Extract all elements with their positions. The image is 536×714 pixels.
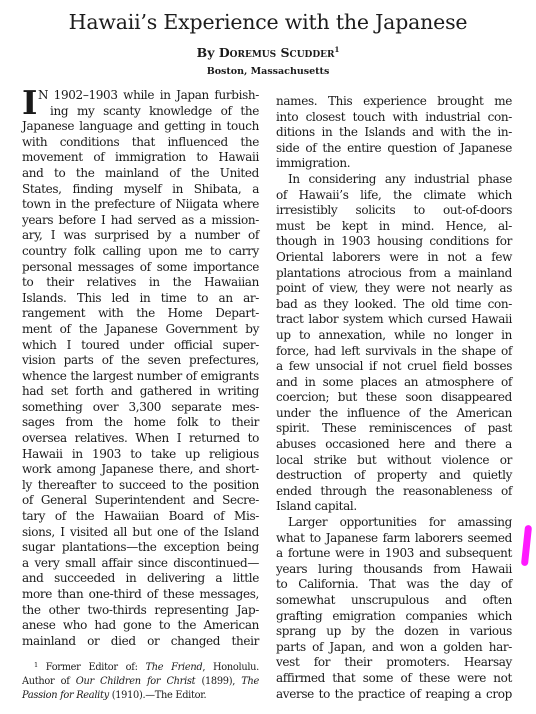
text-line: States, finding myself in Shibata, a: [22, 182, 259, 198]
text-line: whence the largest number of emigrants: [22, 369, 259, 385]
author-name: Doremus Scudder: [219, 45, 335, 60]
text-line: a few unsocial if not cruel field bosses: [276, 359, 512, 375]
text-line: ary, I was surprised by a number of: [22, 228, 259, 244]
highlighter-mark: [521, 525, 532, 567]
text-line: immigration.: [276, 156, 512, 172]
text-line: mainland or died or changed their: [22, 634, 259, 650]
text-line: grafting emigration companies which: [276, 609, 512, 625]
text-line: Oriental laborers were in not a few: [276, 250, 512, 266]
text-line: spirit. These reminiscences of past: [276, 421, 512, 437]
footnote-text: Former Editor of:: [46, 662, 146, 673]
footnote-text: Author of: [22, 676, 76, 687]
text-line: abuses occasioned here and there a: [276, 437, 512, 453]
text-line: sages from the home folk to their: [22, 415, 259, 431]
text-line: sprang up by the dozen in various: [276, 624, 512, 640]
footnote: 1 Former Editor of: The Friend, Honolulu…: [22, 658, 259, 703]
text-line: ly thereafter to succeed to the position: [22, 478, 259, 494]
text-line: with conditions that influenced the: [22, 135, 259, 151]
text-line: country folk calling upon me to carry: [22, 244, 259, 260]
text-line: vision parts of the seven prefectures,: [22, 353, 259, 369]
text-line: tary of the Hawaiian Board of Mis-: [22, 509, 259, 525]
text-line: point of view, they were not nearly as: [276, 281, 512, 297]
text-line: names. This experience brought me: [276, 94, 512, 110]
footnote-text: , Honolulu.: [202, 662, 259, 673]
text-line: must be kept in mind. Hence, al-: [276, 219, 512, 235]
text-line: into closest touch with industrial con-: [276, 110, 512, 126]
text-line: a very small affair since discontinued—: [22, 556, 259, 572]
text-line: up to annexation, while no longer in: [276, 328, 512, 344]
text-line: movement of immigration to Hawaii: [22, 150, 259, 166]
text-line: destruction of property and quietly: [276, 468, 512, 484]
author-footnote-mark: 1: [335, 45, 340, 54]
text-line: years luring thousands from Hawaii: [276, 562, 512, 578]
text-line: side of the entire question of Japanese: [276, 141, 512, 157]
text-line: and to the mainland of the United: [22, 166, 259, 182]
text-line: Hawaii in 1903 to take up religious: [22, 447, 259, 463]
publication-title: The Friend: [145, 662, 202, 673]
author-location: Boston, Massachusetts: [0, 66, 536, 77]
text-line: the other two-thirds representing Jap-: [22, 603, 259, 619]
text-line: local strike but without violence or: [276, 453, 512, 469]
text-line: parts of Japan, and won a golden har-: [276, 640, 512, 656]
text-line: tract labor system which cursed Hawaii: [276, 312, 512, 328]
text-line: affirmed that some of these were not: [276, 671, 512, 687]
text-line: what to Japanese farm laborers seemed: [276, 531, 512, 547]
article-title: Hawaii’s Experience with the Japanese: [0, 10, 536, 34]
text-line: Larger opportunities for amassing: [276, 515, 512, 531]
text-line: Islands. This led in time to an ar-: [22, 291, 259, 307]
text-line: which I toured under official super-: [22, 338, 259, 354]
text-line: ing my scanty knowledge of the: [22, 104, 259, 120]
text-line: and succeeded in delivering a little: [22, 571, 259, 587]
text-line: and in some places an atmosphere of: [276, 375, 512, 391]
text-line: oversea relatives. When I returned to: [22, 431, 259, 447]
footnote-text: (1899),: [195, 676, 241, 687]
byline-prefix: By: [197, 45, 215, 60]
text-line: force, had left survivals in the shape o…: [276, 344, 512, 360]
text-line: something over 3,300 separate mes-: [22, 400, 259, 416]
left-column: N 1902–1903 while in Japan furbish- ing …: [22, 88, 259, 649]
footnote-line: 1 Former Editor of: The Friend, Honolulu…: [22, 658, 259, 675]
text-line: more than one-third of these messages,: [22, 587, 259, 603]
text-line: somewhat unscrupulous and often: [276, 593, 512, 609]
text-line: Island capital.: [276, 499, 512, 515]
text-line: Japanese language and getting in touch: [22, 119, 259, 135]
text-line: ended through the reasonableness of: [276, 484, 512, 500]
text-line: ditions in the Islands and with the in-: [276, 125, 512, 141]
text-line: under the influence of the American: [276, 406, 512, 422]
text-line: town in the prefecture of Niigata where: [22, 197, 259, 213]
text-line: plantations atrocious from a mainland: [276, 266, 512, 282]
text-line: rangement with the Home Depart-: [22, 306, 259, 322]
right-column: names. This experience brought me into c…: [276, 94, 512, 702]
footnote-line: Author of Our Children for Christ (1899)…: [22, 675, 259, 689]
text-line: had set forth and gathered in writing: [22, 384, 259, 400]
text-line: to their relatives in the Hawaiian: [22, 275, 259, 291]
text-line: of General Superintendent and Secre-: [22, 493, 259, 509]
text-line: a fortune were in 1903 and subsequent: [276, 546, 512, 562]
text-line: sions, I visited all but one of the Isla…: [22, 525, 259, 541]
text-line: ment of the Japanese Government by: [22, 322, 259, 338]
text-line: years before I had served as a mission-: [22, 213, 259, 229]
footnote-line: Passion for Reality (1910).—The Editor.: [22, 689, 259, 703]
footnote-mark: 1: [34, 661, 38, 669]
publication-title: Our Children for Christ: [76, 676, 196, 687]
text-line: though in 1903 housing conditions for: [276, 234, 512, 250]
text-line: to California. That was the day of: [276, 577, 512, 593]
text-line: N 1902–1903 while in Japan furbish-: [22, 88, 259, 104]
text-line: averse to the practice of reaping a crop: [276, 687, 512, 703]
footnote-text: (1910).—The Editor.: [109, 690, 206, 701]
text-line: anese who had gone to the American: [22, 618, 259, 634]
text-line: personal messages of some importance: [22, 260, 259, 276]
text-line: sugar plantations—the exception being: [22, 540, 259, 556]
text-line: bad as they looked. The old time con-: [276, 297, 512, 313]
text-line: In considering any industrial phase: [276, 172, 512, 188]
text-line: vest for their promoters. Hearsay: [276, 655, 512, 671]
text-line: irresistibly solicits to out-of-doors: [276, 203, 512, 219]
text-line: coercion; but these soon disappeared: [276, 390, 512, 406]
publication-title: The: [241, 676, 259, 687]
text-line: of Hawaii’s life, the climate which: [276, 188, 512, 204]
publication-title: Passion for Reality: [22, 690, 109, 701]
article-byline: By Doremus Scudder1: [0, 45, 536, 60]
text-line: work among Japanese there, and short-: [22, 462, 259, 478]
